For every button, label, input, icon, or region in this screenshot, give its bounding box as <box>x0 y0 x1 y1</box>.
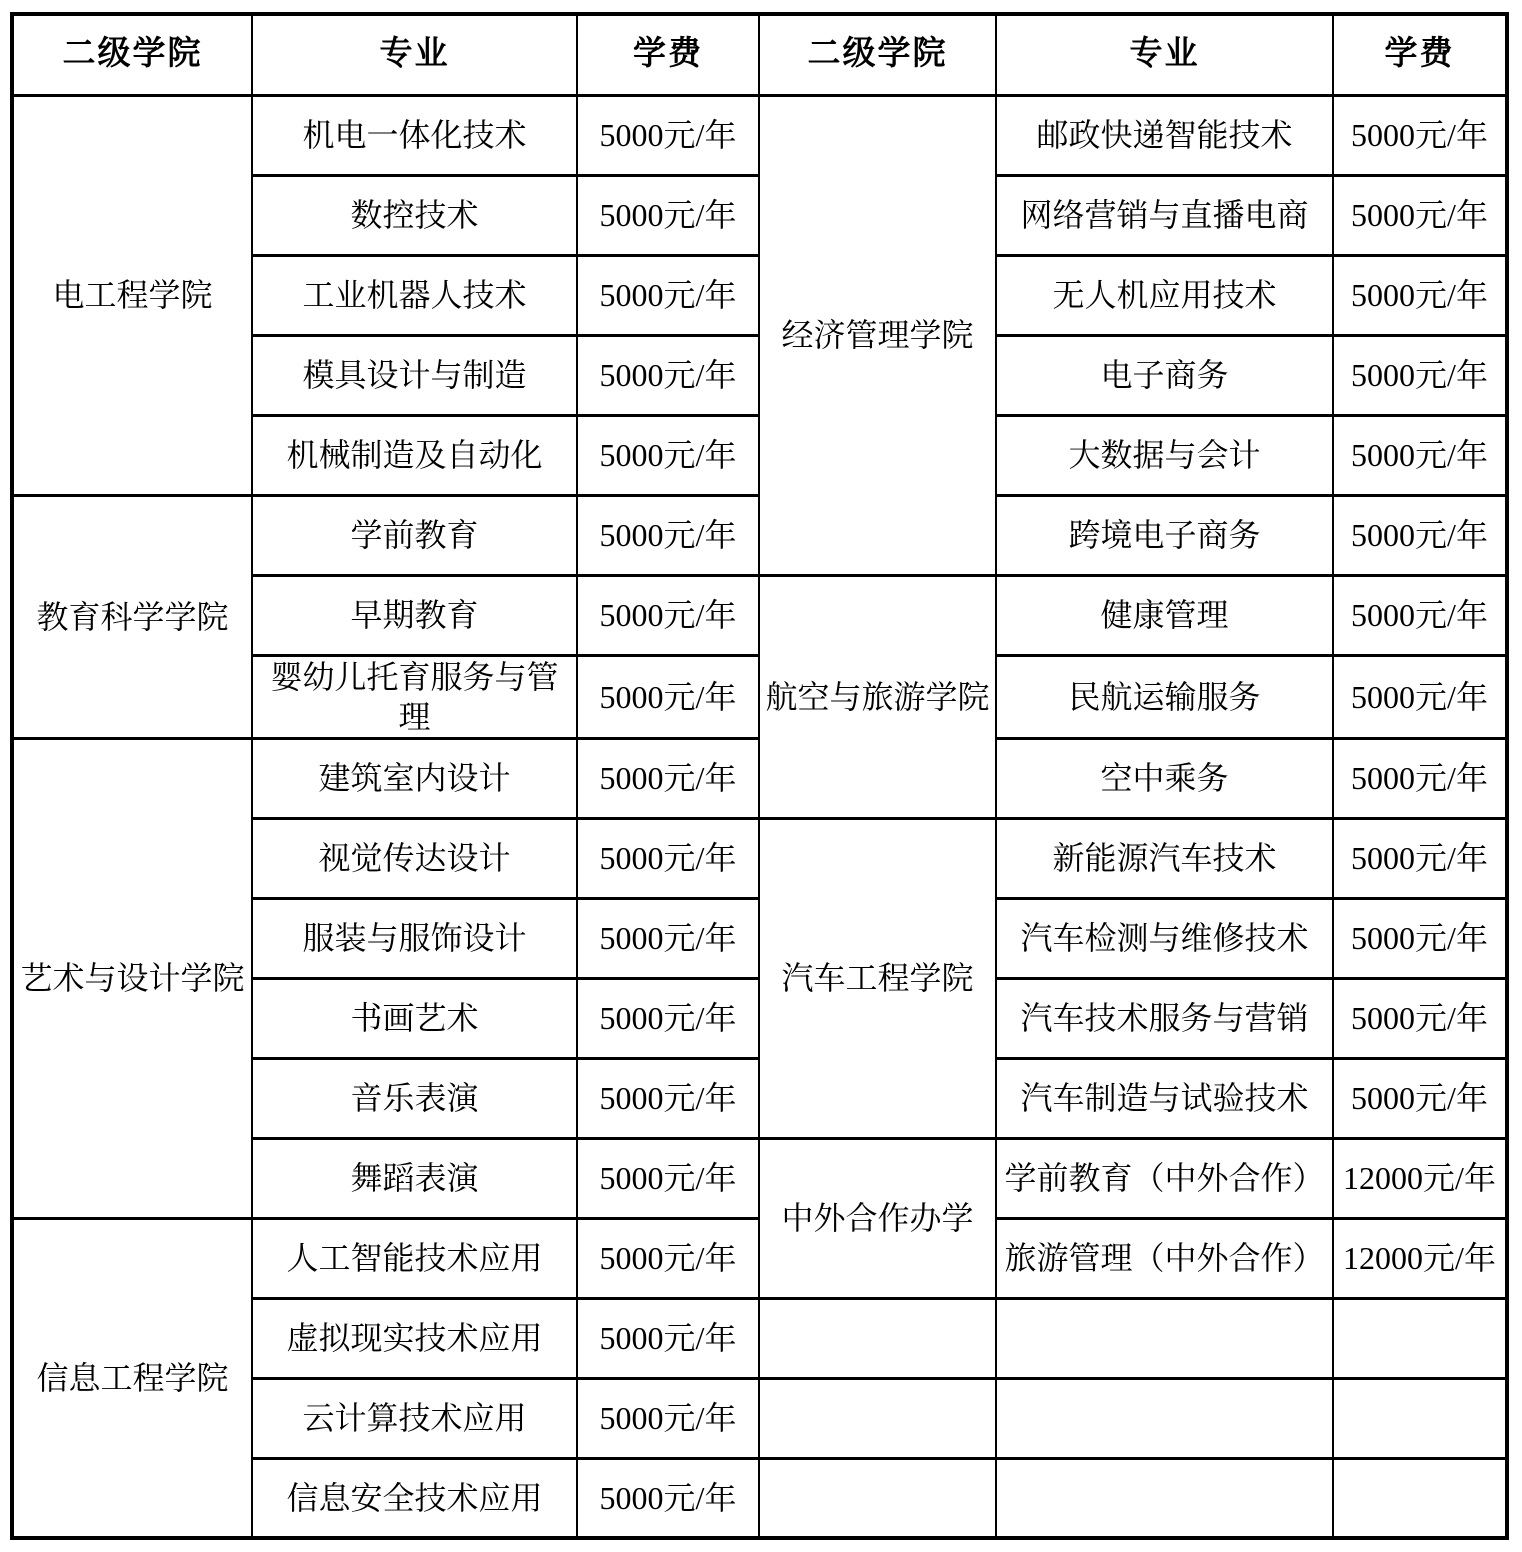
major-cell: 工业机器人技术 <box>252 255 577 335</box>
fee-cell: 5000元/年 <box>577 175 759 255</box>
major-cell: 电子商务 <box>996 335 1333 415</box>
fee-cell: 5000元/年 <box>1333 415 1507 495</box>
major-cell: 无人机应用技术 <box>996 255 1333 335</box>
major-cell: 机械制造及自动化 <box>252 415 577 495</box>
fee-cell: 5000元/年 <box>577 575 759 655</box>
major-cell: 跨境电子商务 <box>996 495 1333 575</box>
major-cell: 大数据与会计 <box>996 415 1333 495</box>
empty-college-cell <box>759 1458 996 1538</box>
college-cell: 电工程学院 <box>12 95 252 495</box>
header-college-right: 二级学院 <box>759 14 996 95</box>
empty-fee-cell <box>1333 1458 1507 1538</box>
major-cell: 数控技术 <box>252 175 577 255</box>
fee-cell: 5000元/年 <box>1333 575 1507 655</box>
major-cell: 舞蹈表演 <box>252 1138 577 1218</box>
fee-cell: 5000元/年 <box>577 415 759 495</box>
fee-cell: 5000元/年 <box>1333 335 1507 415</box>
empty-major-cell <box>996 1298 1333 1378</box>
major-cell: 书画艺术 <box>252 978 577 1058</box>
major-cell: 汽车技术服务与营销 <box>996 978 1333 1058</box>
fee-cell: 5000元/年 <box>1333 495 1507 575</box>
college-cell: 汽车工程学院 <box>759 818 996 1138</box>
major-cell: 机电一体化技术 <box>252 95 577 175</box>
major-cell: 汽车制造与试验技术 <box>996 1058 1333 1138</box>
fee-cell: 5000元/年 <box>577 1378 759 1458</box>
fee-cell: 5000元/年 <box>1333 255 1507 335</box>
empty-major-cell <box>996 1378 1333 1458</box>
major-cell: 视觉传达设计 <box>252 818 577 898</box>
major-cell: 民航运输服务 <box>996 655 1333 738</box>
major-cell: 婴幼儿托育服务与管理 <box>252 655 577 738</box>
fee-cell: 5000元/年 <box>577 495 759 575</box>
header-college-left: 二级学院 <box>12 14 252 95</box>
major-cell: 空中乘务 <box>996 738 1333 818</box>
fee-cell: 12000元/年 <box>1333 1138 1507 1218</box>
header-fee-right: 学费 <box>1333 14 1507 95</box>
fee-cell: 5000元/年 <box>577 898 759 978</box>
major-cell: 模具设计与制造 <box>252 335 577 415</box>
major-cell: 健康管理 <box>996 575 1333 655</box>
fee-cell: 5000元/年 <box>577 978 759 1058</box>
fee-cell: 5000元/年 <box>577 738 759 818</box>
fee-cell: 5000元/年 <box>577 1298 759 1378</box>
fee-cell: 5000元/年 <box>577 1138 759 1218</box>
fee-cell: 5000元/年 <box>577 1458 759 1538</box>
major-cell: 建筑室内设计 <box>252 738 577 818</box>
header-fee-left: 学费 <box>577 14 759 95</box>
empty-college-cell <box>759 1298 996 1378</box>
empty-major-cell <box>996 1458 1333 1538</box>
fee-cell: 5000元/年 <box>577 95 759 175</box>
fee-cell: 5000元/年 <box>1333 95 1507 175</box>
fee-cell: 5000元/年 <box>577 1058 759 1138</box>
fee-cell: 5000元/年 <box>1333 1058 1507 1138</box>
college-cell: 艺术与设计学院 <box>12 738 252 1218</box>
major-cell: 学前教育 <box>252 495 577 575</box>
fee-cell: 5000元/年 <box>1333 738 1507 818</box>
fee-cell: 5000元/年 <box>577 818 759 898</box>
header-major-left: 专业 <box>252 14 577 95</box>
table-header-row: 二级学院 专业 学费 二级学院 专业 学费 <box>12 14 1507 95</box>
major-cell: 新能源汽车技术 <box>996 818 1333 898</box>
major-cell: 旅游管理（中外合作） <box>996 1218 1333 1298</box>
major-cell: 网络营销与直播电商 <box>996 175 1333 255</box>
empty-fee-cell <box>1333 1378 1507 1458</box>
tuition-fee-table: 二级学院 专业 学费 二级学院 专业 学费 电工程学院 机电一体化技术 5000… <box>10 12 1509 1540</box>
major-cell: 服装与服饰设计 <box>252 898 577 978</box>
fee-cell: 12000元/年 <box>1333 1218 1507 1298</box>
fee-cell: 5000元/年 <box>577 655 759 738</box>
college-cell: 经济管理学院 <box>759 95 996 575</box>
fee-cell: 5000元/年 <box>577 255 759 335</box>
fee-cell: 5000元/年 <box>1333 655 1507 738</box>
college-cell: 航空与旅游学院 <box>759 575 996 818</box>
table-row: 电工程学院 机电一体化技术 5000元/年 经济管理学院 邮政快递智能技术 50… <box>12 95 1507 175</box>
empty-college-cell <box>759 1378 996 1458</box>
fee-cell: 5000元/年 <box>1333 978 1507 1058</box>
fee-cell: 5000元/年 <box>577 335 759 415</box>
college-cell: 教育科学学院 <box>12 495 252 738</box>
major-cell: 学前教育（中外合作） <box>996 1138 1333 1218</box>
major-cell: 云计算技术应用 <box>252 1378 577 1458</box>
major-cell: 早期教育 <box>252 575 577 655</box>
empty-fee-cell <box>1333 1298 1507 1378</box>
major-cell: 虚拟现实技术应用 <box>252 1298 577 1378</box>
major-cell: 汽车检测与维修技术 <box>996 898 1333 978</box>
fee-cell: 5000元/年 <box>577 1218 759 1298</box>
major-cell: 音乐表演 <box>252 1058 577 1138</box>
fee-cell: 5000元/年 <box>1333 818 1507 898</box>
fee-cell: 5000元/年 <box>1333 898 1507 978</box>
college-cell: 信息工程学院 <box>12 1218 252 1538</box>
college-cell: 中外合作办学 <box>759 1138 996 1298</box>
major-cell: 邮政快递智能技术 <box>996 95 1333 175</box>
major-cell: 信息安全技术应用 <box>252 1458 577 1538</box>
major-cell: 人工智能技术应用 <box>252 1218 577 1298</box>
tuition-fee-page: 二级学院 专业 学费 二级学院 专业 学费 电工程学院 机电一体化技术 5000… <box>0 0 1522 1552</box>
fee-cell: 5000元/年 <box>1333 175 1507 255</box>
header-major-right: 专业 <box>996 14 1333 95</box>
